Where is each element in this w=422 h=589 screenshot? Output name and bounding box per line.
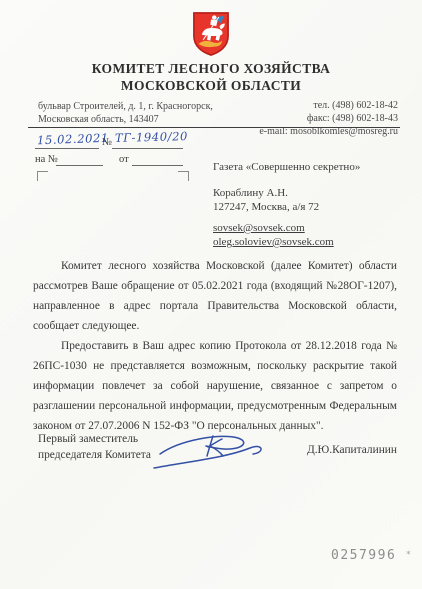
body-paragraph-2: Предоставить в Ваш адрес копию Протокола…	[33, 336, 397, 436]
recipient-person: Кораблину А.Н.	[213, 186, 360, 200]
signatory-name: Д.Ю.Капиталинин	[307, 444, 397, 456]
recipient-email-1: sovsek@sovsek.com	[213, 221, 360, 235]
header-divider	[28, 127, 400, 128]
recipient-block: Газета «Совершенно секретно» Кораблину А…	[213, 160, 360, 249]
signatory-title: Первый заместитель председателя Комитета	[38, 431, 151, 463]
reference-block: 15.02.2021 № ТГ-1940/20 на № от	[35, 135, 185, 185]
handwritten-date: 15.02.2021	[37, 131, 109, 147]
recipient-email-2: oleg.soloviev@sovsek.com	[213, 235, 360, 249]
address-zone-corner-left	[37, 171, 48, 181]
from-label: от	[119, 154, 129, 165]
org-title-line2: МОСКОВСКОЙ ОБЛАСТИ	[0, 77, 422, 94]
org-fax: факс: (498) 602-18-43	[259, 112, 398, 125]
org-phone: тел. (498) 602-18-42	[259, 99, 398, 112]
org-title-line1: КОМИТЕТ ЛЕСНОГО ХОЗЯЙСТВА	[0, 60, 422, 77]
reply-date-underline	[132, 165, 183, 166]
address-zone-corner-right	[178, 171, 189, 181]
stamp-star-mark: *	[406, 550, 411, 560]
org-address-line1: бульвар Строителей, д. 1, г. Красногорск…	[38, 100, 213, 113]
stamp-digits: 0257996	[331, 548, 396, 563]
signatory-title-line2: председателя Комитета	[38, 447, 151, 463]
letter-body: Комитет лесного хозяйства Московской (да…	[33, 256, 397, 436]
recipient-organization: Газета «Совершенно секретно»	[213, 160, 360, 174]
org-title: КОМИТЕТ ЛЕСНОГО ХОЗЯЙСТВА МОСКОВСКОЙ ОБЛ…	[0, 60, 422, 94]
scanned-letter-page: КОМИТЕТ ЛЕСНОГО ХОЗЯЙСТВА МОСКОВСКОЙ ОБЛ…	[0, 0, 422, 589]
reply-number-underline	[56, 165, 103, 166]
org-postal-address: бульвар Строителей, д. 1, г. Красногорск…	[38, 100, 213, 126]
number-label: №	[102, 137, 112, 148]
recipient-address: 127247, Москва, а/я 72	[213, 200, 360, 214]
signatory-title-line1: Первый заместитель	[38, 431, 151, 447]
body-paragraph-1: Комитет лесного хозяйства Московской (да…	[33, 256, 397, 336]
signature-autograph-icon	[150, 428, 275, 477]
date-underline	[35, 148, 99, 149]
org-contacts: тел. (498) 602-18-42 факс: (498) 602-18-…	[259, 99, 398, 138]
reply-to-label: на №	[35, 154, 58, 165]
registration-stamp-number: 0257996 *	[331, 548, 411, 563]
number-underline	[112, 148, 183, 149]
moscow-oblast-coat-of-arms-icon	[189, 11, 233, 62]
org-address-line2: Московская область, 143407	[38, 113, 213, 126]
handwritten-outgoing-number: ТГ-1940/20	[115, 129, 188, 145]
